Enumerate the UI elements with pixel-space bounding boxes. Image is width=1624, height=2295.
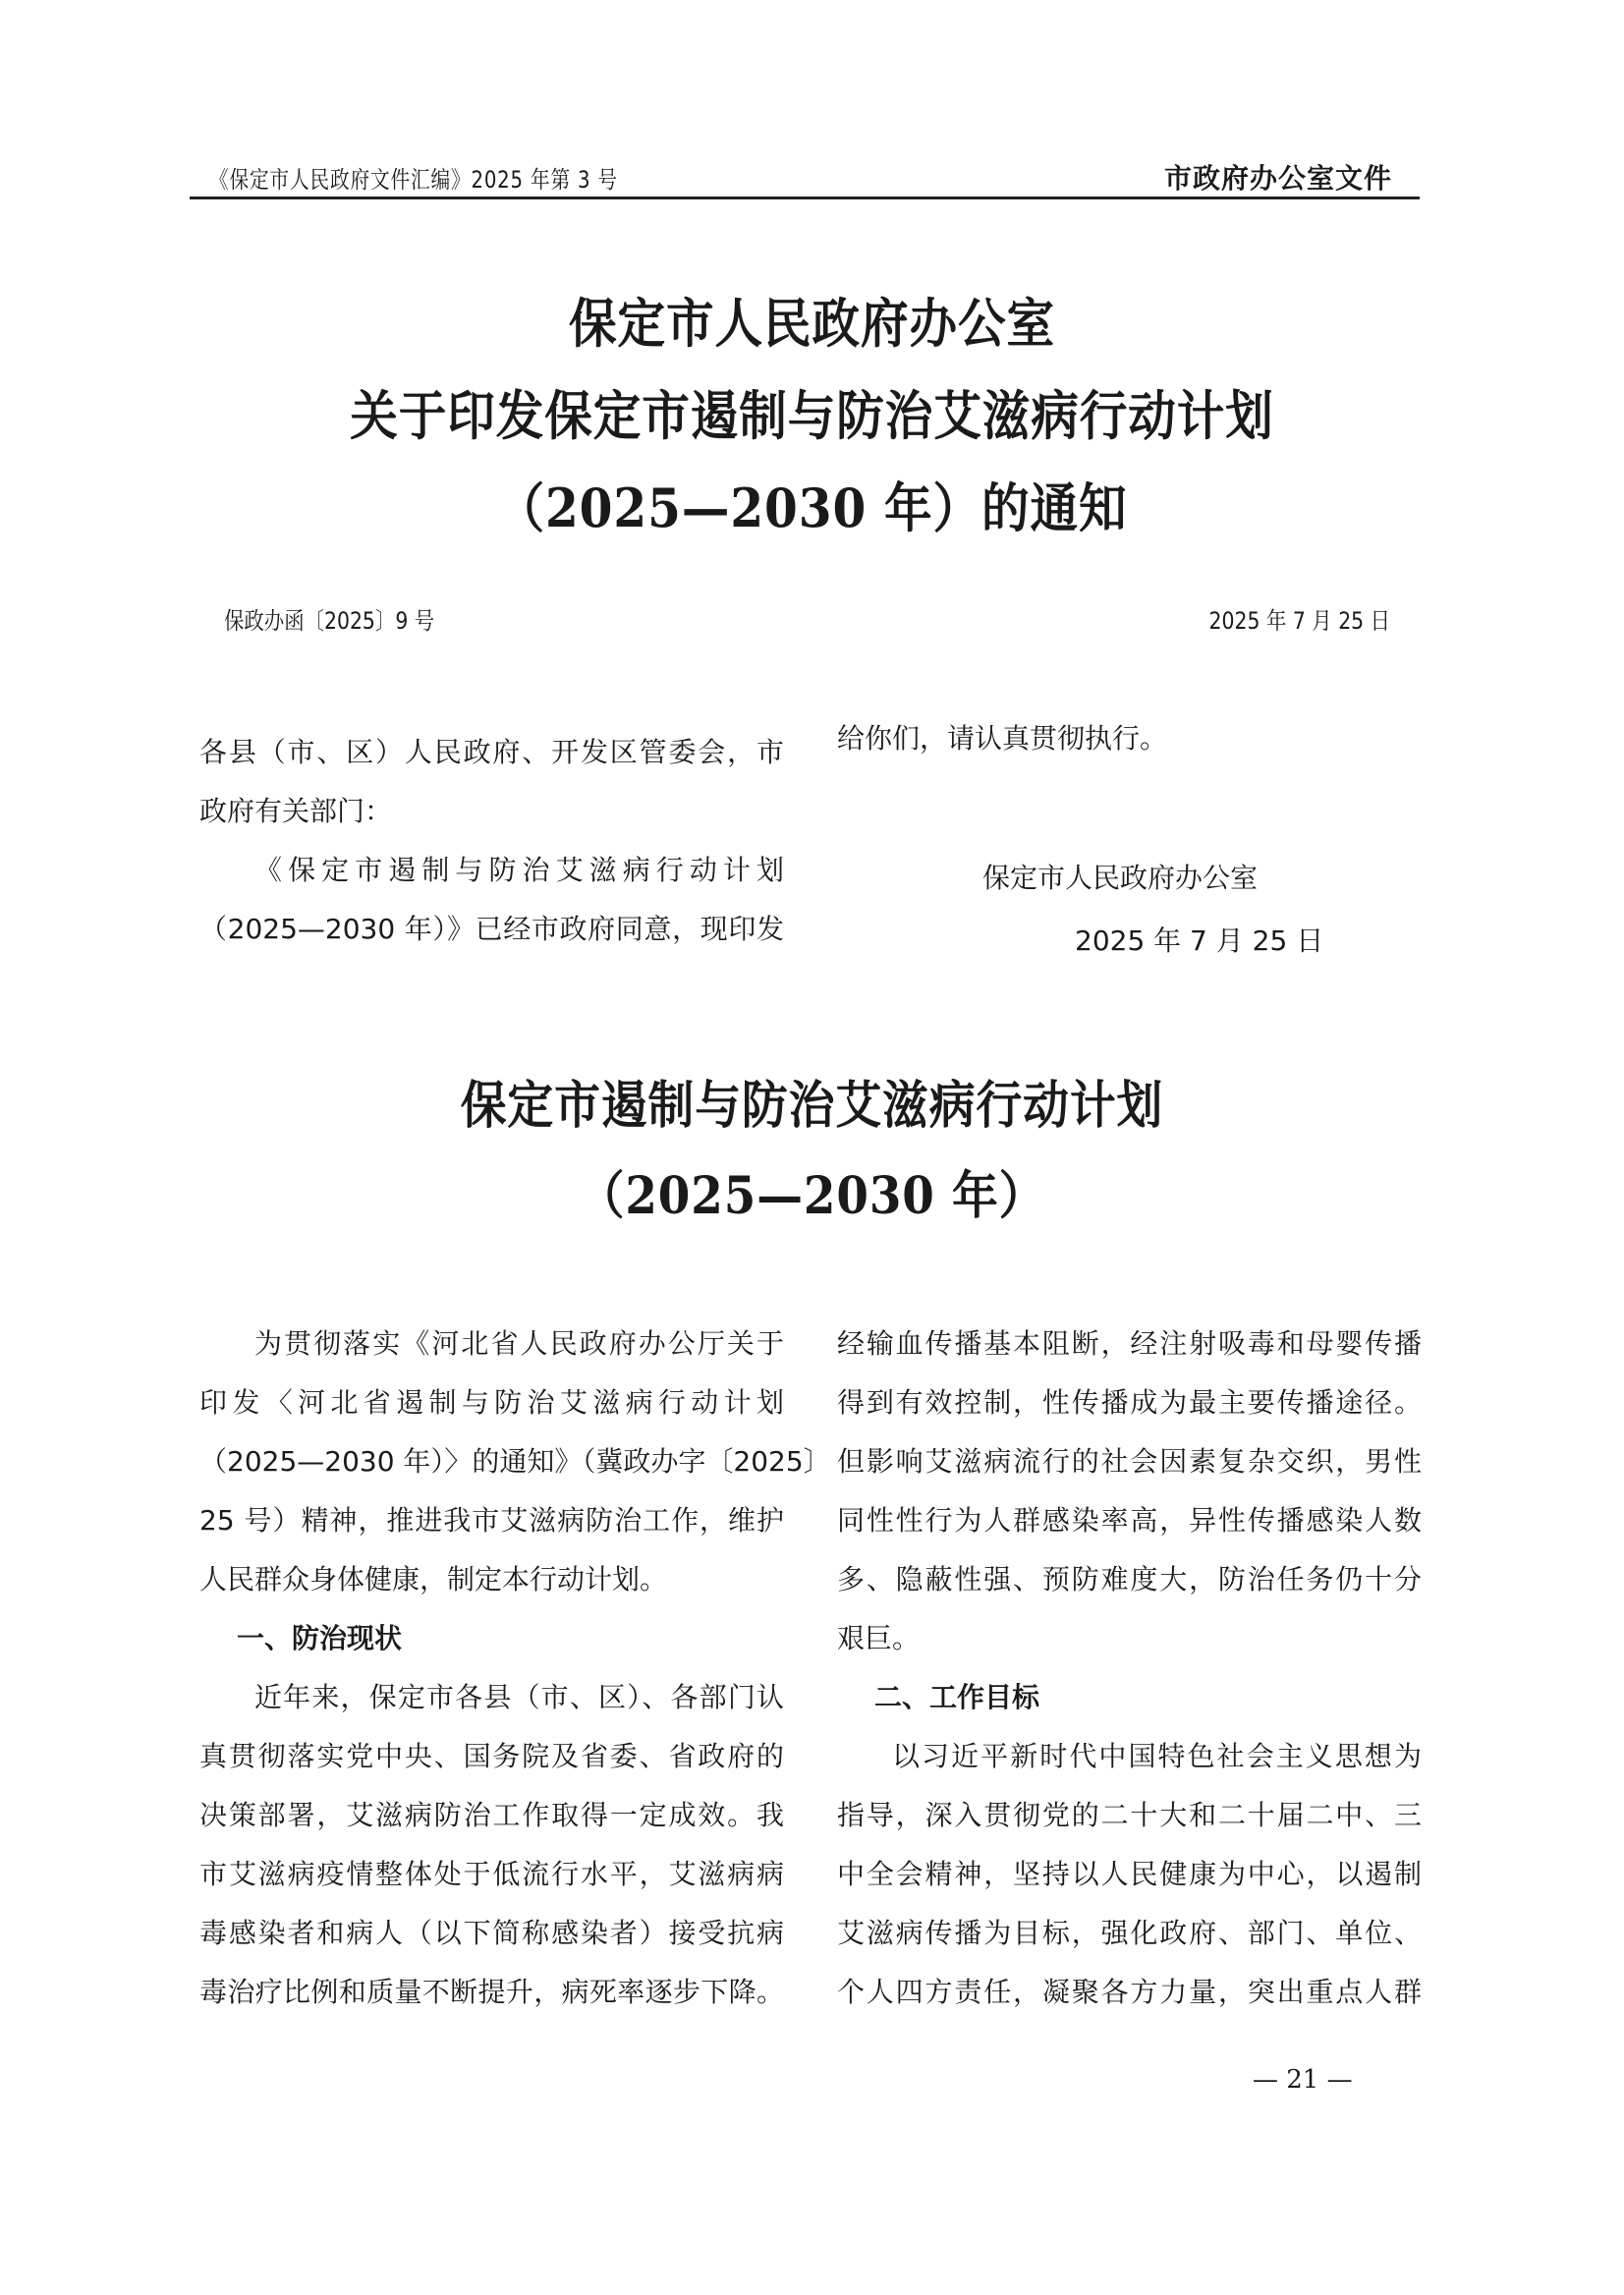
plan-title-line-2: （2025—2030 年） — [82, 1151, 1543, 1242]
section2-line: 指导，深入贯彻党的二十大和二十届二中、三 — [837, 1786, 1422, 1845]
section2-line: 中全会精神，坚持以人民健康为中心，以遏制 — [837, 1845, 1422, 1904]
signature-issuer: 保定市人民政府办公室 — [982, 857, 1375, 896]
plan-title: 保定市遏制与防治艾滋病行动计划 （2025—2030 年） — [0, 1061, 1624, 1242]
section1-line: 毒感染者和病人（以下简称感染者）接受抗病 — [199, 1904, 784, 1963]
section1-line: 真贯彻落实党中央、国务院及省委、省政府的 — [199, 1727, 784, 1786]
section1-cont-line: 但影响艾滋病流行的社会因素复杂交织，男性 — [837, 1432, 1422, 1491]
notice-title-line-2: 关于印发保定市遏制与防治艾滋病行动计划 — [82, 369, 1543, 462]
section1-cont-line: 多、隐蔽性强、预防难度大，防治任务仍十分 — [837, 1550, 1422, 1609]
notice-line: 《保定市遏制与防治艾滋病行动计划 — [199, 841, 784, 900]
running-header-left: 《保定市人民政府文件汇编》2025 年第 3 号 — [209, 160, 618, 195]
notice-title-line-3: （2025—2030 年）的通知 — [82, 462, 1543, 554]
section1-cont-line: 艰巨。 — [837, 1609, 1422, 1668]
plan-body-right: 经输血传播基本阻断，经注射吸毒和母婴传播 得到有效控制，性传播成为最主要传播途径… — [837, 1315, 1422, 2022]
section1-line: 市艾滋病疫情整体处于低流行水平，艾滋病病 — [199, 1845, 784, 1904]
intro-line: 为贯彻落实《河北省人民政府办公厅关于 — [199, 1315, 784, 1373]
notice-title: 保定市人民政府办公室 关于印发保定市遏制与防治艾滋病行动计划 （2025—203… — [0, 277, 1624, 554]
section1-cont-line: 经输血传播基本阻断，经注射吸毒和母婴传播 — [837, 1315, 1422, 1373]
section2-line: 个人四方责任，凝聚各方力量，突出重点人群 — [837, 1963, 1422, 2022]
section1-line: 近年来，保定市各县（市、区）、各部门认 — [199, 1668, 784, 1727]
section1-line: 毒治疗比例和质量不断提升，病死率逐步下降。 — [199, 1963, 784, 2022]
running-header-right: 市政府办公室文件 — [1164, 157, 1392, 196]
section2-line: 以习近平新时代中国特色社会主义思想为 — [837, 1727, 1422, 1786]
notice-body-left: 各县（市、区）人民政府、开发区管委会，市 政府有关部门： 《保定市遏制与防治艾滋… — [199, 723, 784, 959]
section-heading-2: 二、工作目标 — [837, 1668, 1422, 1727]
notice-line: 给你们，请认真贯彻执行。 — [837, 709, 1422, 768]
section1-cont-line: 得到有效控制，性传播成为最主要传播途径。 — [837, 1373, 1422, 1432]
notice-line: （2025—2030 年）》已经市政府同意，现印发 — [199, 900, 784, 959]
intro-line: 25 号）精神，推进我市艾滋病防治工作，维护 — [199, 1491, 784, 1550]
signature-date: 2025 年 7 月 25 日 — [1075, 920, 1468, 959]
intro-line: 印发〈河北省遏制与防治艾滋病行动计划 — [199, 1373, 784, 1432]
doc-date: 2025 年 7 月 25 日 — [1209, 601, 1390, 636]
notice-line: 政府有关部门： — [199, 782, 784, 841]
notice-title-line-1: 保定市人民政府办公室 — [82, 277, 1543, 369]
notice-line: 各县（市、区）人民政府、开发区管委会，市 — [199, 723, 784, 782]
section1-cont-line: 同性性行为人群感染率高，异性传播感染人数 — [837, 1491, 1422, 1550]
section-heading-1: 一、防治现状 — [199, 1609, 784, 1668]
plan-body-left: 为贯彻落实《河北省人民政府办公厅关于 印发〈河北省遏制与防治艾滋病行动计划 （2… — [199, 1315, 784, 2022]
notice-body-right: 给你们，请认真贯彻执行。 — [837, 709, 1422, 768]
intro-line: 人民群众身体健康，制定本行动计划。 — [199, 1550, 784, 1609]
page-number: — 21 — — [1253, 2065, 1353, 2095]
intro-line: （2025—2030 年）〉的通知》（冀政办字〔2025〕 — [199, 1432, 784, 1491]
header-rule — [190, 196, 1420, 199]
section1-line: 决策部署，艾滋病防治工作取得一定成效。我 — [199, 1786, 784, 1845]
plan-title-line-1: 保定市遏制与防治艾滋病行动计划 — [82, 1061, 1543, 1151]
section2-line: 艾滋病传播为目标，强化政府、部门、单位、 — [837, 1904, 1422, 1963]
doc-number: 保政办函〔2025〕9 号 — [224, 601, 434, 636]
